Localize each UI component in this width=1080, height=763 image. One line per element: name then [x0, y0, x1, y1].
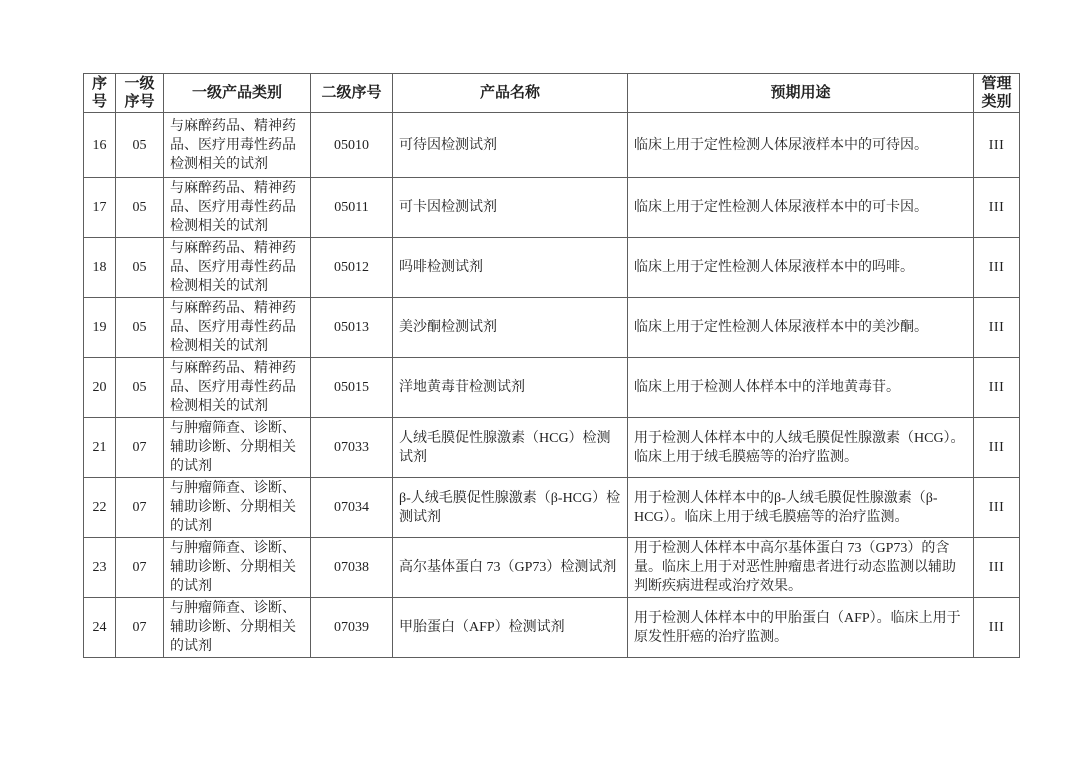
- cell-level1-category: 与麻醉药品、精神药品、医疗用毒性药品检测相关的试剂: [164, 238, 311, 298]
- cell-level1-no: 05: [116, 178, 164, 238]
- cell-management-class: III: [974, 538, 1020, 598]
- cell-level1-category: 与肿瘤筛查、诊断、辅助诊断、分期相关的试剂: [164, 478, 311, 538]
- column-header-level2-no: 二级序号: [311, 74, 393, 113]
- cell-no: 18: [84, 238, 116, 298]
- cell-product-name: 可待因检测试剂: [393, 113, 628, 178]
- cell-product-name: 甲胎蛋白（AFP）检测试剂: [393, 598, 628, 658]
- cell-management-class: III: [974, 298, 1020, 358]
- cell-level2-no: 05012: [311, 238, 393, 298]
- cell-no: 20: [84, 358, 116, 418]
- cell-level1-no: 07: [116, 418, 164, 478]
- cell-no: 19: [84, 298, 116, 358]
- cell-level1-category: 与麻醉药品、精神药品、医疗用毒性药品检测相关的试剂: [164, 358, 311, 418]
- column-header-level1-category: 一级产品类别: [164, 74, 311, 113]
- cell-level2-no: 07038: [311, 538, 393, 598]
- cell-intended-use: 用于检测人体样本中高尔基体蛋白 73（GP73）的含量。临床上用于对恶性肿瘤患者…: [628, 538, 974, 598]
- header-row: 序号一级序号一级产品类别二级序号产品名称预期用途管理类别: [84, 74, 1020, 113]
- table-row: 1905与麻醉药品、精神药品、医疗用毒性药品检测相关的试剂05013美沙酮检测试…: [84, 298, 1020, 358]
- cell-management-class: III: [974, 478, 1020, 538]
- cell-level1-no: 05: [116, 113, 164, 178]
- cell-no: 17: [84, 178, 116, 238]
- cell-level2-no: 05011: [311, 178, 393, 238]
- table-row: 2307与肿瘤筛查、诊断、辅助诊断、分期相关的试剂07038高尔基体蛋白 73（…: [84, 538, 1020, 598]
- column-header-level1-no: 一级序号: [116, 74, 164, 113]
- cell-level1-category: 与麻醉药品、精神药品、医疗用毒性药品检测相关的试剂: [164, 113, 311, 178]
- table-header: 序号一级序号一级产品类别二级序号产品名称预期用途管理类别: [84, 74, 1020, 113]
- cell-level2-no: 05013: [311, 298, 393, 358]
- cell-level1-category: 与肿瘤筛查、诊断、辅助诊断、分期相关的试剂: [164, 418, 311, 478]
- cell-intended-use: 用于检测人体样本中的甲胎蛋白（AFP）。临床上用于原发性肝癌的治疗监测。: [628, 598, 974, 658]
- cell-level1-category: 与麻醉药品、精神药品、医疗用毒性药品检测相关的试剂: [164, 178, 311, 238]
- cell-no: 21: [84, 418, 116, 478]
- product-classification-table: 序号一级序号一级产品类别二级序号产品名称预期用途管理类别 1605与麻醉药品、精…: [83, 73, 1020, 658]
- table-row: 1605与麻醉药品、精神药品、医疗用毒性药品检测相关的试剂05010可待因检测试…: [84, 113, 1020, 178]
- cell-intended-use: 临床上用于定性检测人体尿液样本中的美沙酮。: [628, 298, 974, 358]
- table-body: 1605与麻醉药品、精神药品、医疗用毒性药品检测相关的试剂05010可待因检测试…: [84, 113, 1020, 658]
- cell-management-class: III: [974, 358, 1020, 418]
- cell-no: 16: [84, 113, 116, 178]
- cell-level1-category: 与肿瘤筛查、诊断、辅助诊断、分期相关的试剂: [164, 538, 311, 598]
- column-header-product-name: 产品名称: [393, 74, 628, 113]
- table-row: 1805与麻醉药品、精神药品、医疗用毒性药品检测相关的试剂05012吗啡检测试剂…: [84, 238, 1020, 298]
- cell-level2-no: 07039: [311, 598, 393, 658]
- cell-level2-no: 05015: [311, 358, 393, 418]
- cell-product-name: 高尔基体蛋白 73（GP73）检测试剂: [393, 538, 628, 598]
- cell-product-name: 人绒毛膜促性腺激素（HCG）检测试剂: [393, 418, 628, 478]
- cell-level1-no: 07: [116, 478, 164, 538]
- cell-level2-no: 05010: [311, 113, 393, 178]
- cell-intended-use: 临床上用于定性检测人体尿液样本中的可卡因。: [628, 178, 974, 238]
- cell-intended-use: 临床上用于检测人体样本中的洋地黄毒苷。: [628, 358, 974, 418]
- cell-level1-category: 与肿瘤筛查、诊断、辅助诊断、分期相关的试剂: [164, 598, 311, 658]
- cell-no: 22: [84, 478, 116, 538]
- table-row: 2005与麻醉药品、精神药品、医疗用毒性药品检测相关的试剂05015洋地黄毒苷检…: [84, 358, 1020, 418]
- cell-management-class: III: [974, 598, 1020, 658]
- cell-product-name: 吗啡检测试剂: [393, 238, 628, 298]
- table-row: 1705与麻醉药品、精神药品、医疗用毒性药品检测相关的试剂05011可卡因检测试…: [84, 178, 1020, 238]
- cell-management-class: III: [974, 418, 1020, 478]
- table-row: 2207与肿瘤筛查、诊断、辅助诊断、分期相关的试剂07034β-人绒毛膜促性腺激…: [84, 478, 1020, 538]
- cell-level1-no: 07: [116, 538, 164, 598]
- cell-level1-no: 07: [116, 598, 164, 658]
- cell-product-name: 洋地黄毒苷检测试剂: [393, 358, 628, 418]
- table-row: 2107与肿瘤筛查、诊断、辅助诊断、分期相关的试剂07033人绒毛膜促性腺激素（…: [84, 418, 1020, 478]
- cell-no: 24: [84, 598, 116, 658]
- cell-no: 23: [84, 538, 116, 598]
- cell-level1-no: 05: [116, 238, 164, 298]
- cell-level1-category: 与麻醉药品、精神药品、医疗用毒性药品检测相关的试剂: [164, 298, 311, 358]
- cell-product-name: 可卡因检测试剂: [393, 178, 628, 238]
- column-header-intended-use: 预期用途: [628, 74, 974, 113]
- cell-intended-use: 临床上用于定性检测人体尿液样本中的吗啡。: [628, 238, 974, 298]
- cell-intended-use: 用于检测人体样本中的人绒毛膜促性腺激素（HCG）。临床上用于绒毛膜癌等的治疗监测…: [628, 418, 974, 478]
- cell-intended-use: 用于检测人体样本中的β-人绒毛膜促性腺激素（β-HCG）。临床上用于绒毛膜癌等的…: [628, 478, 974, 538]
- cell-management-class: III: [974, 178, 1020, 238]
- cell-level1-no: 05: [116, 298, 164, 358]
- cell-level1-no: 05: [116, 358, 164, 418]
- column-header-management-class: 管理类别: [974, 74, 1020, 113]
- cell-product-name: β-人绒毛膜促性腺激素（β-HCG）检测试剂: [393, 478, 628, 538]
- cell-management-class: III: [974, 113, 1020, 178]
- table-row: 2407与肿瘤筛查、诊断、辅助诊断、分期相关的试剂07039甲胎蛋白（AFP）检…: [84, 598, 1020, 658]
- cell-level2-no: 07034: [311, 478, 393, 538]
- cell-intended-use: 临床上用于定性检测人体尿液样本中的可待因。: [628, 113, 974, 178]
- cell-level2-no: 07033: [311, 418, 393, 478]
- document-page: 序号一级序号一级产品类别二级序号产品名称预期用途管理类别 1605与麻醉药品、精…: [0, 0, 1080, 763]
- cell-management-class: III: [974, 238, 1020, 298]
- cell-product-name: 美沙酮检测试剂: [393, 298, 628, 358]
- column-header-no: 序号: [84, 74, 116, 113]
